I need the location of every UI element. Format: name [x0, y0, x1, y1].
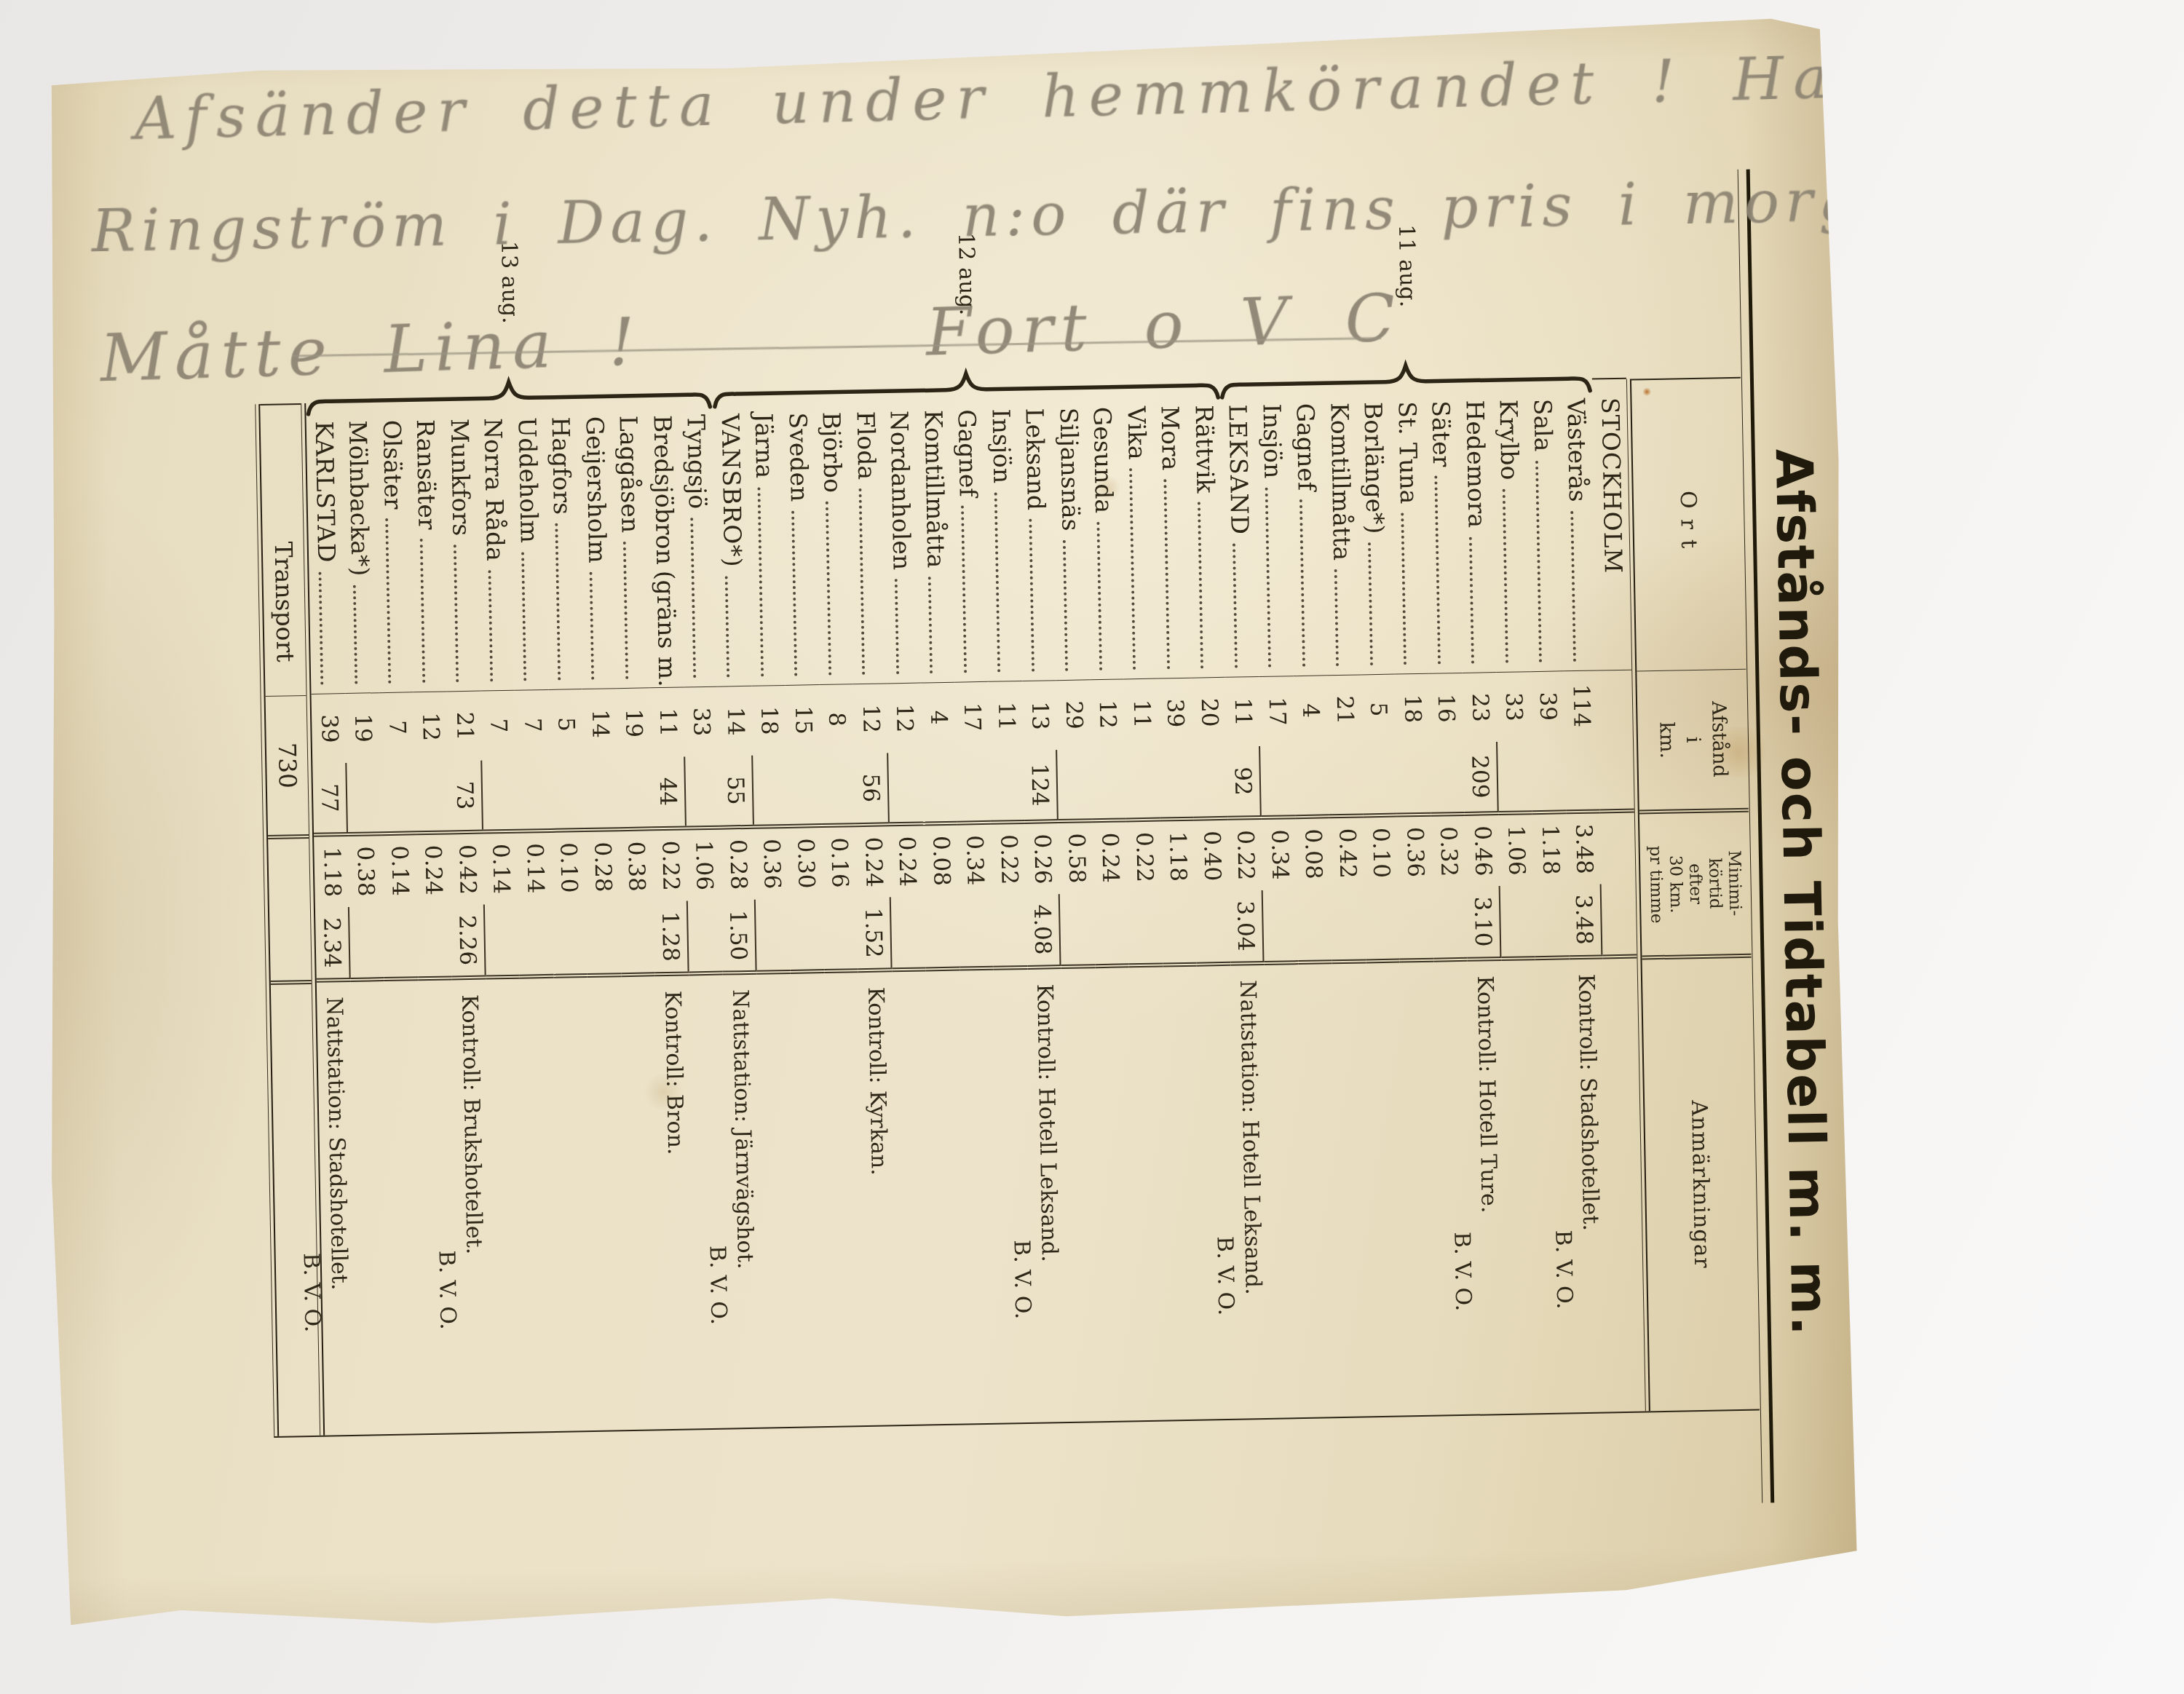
handwritten-line: Afsänder detta under hemmkörandet ! Har … — [134, 37, 2114, 153]
handwritten-note: Afsänder detta under hemmkörandet ! Har … — [33, 20, 1853, 1633]
handwritten-line: Måtte Lina !Fort o V C — [99, 280, 1404, 397]
photo-of-document: { "handwriting": { "color": "#8d8473", "… — [0, 0, 2184, 1694]
handwritten-line: Ringström i Dag. Nyh. n:o där fins pris … — [91, 165, 1946, 265]
paper-sheet: Afsänder detta under hemmkörandet ! Har … — [25, 11, 1861, 1641]
